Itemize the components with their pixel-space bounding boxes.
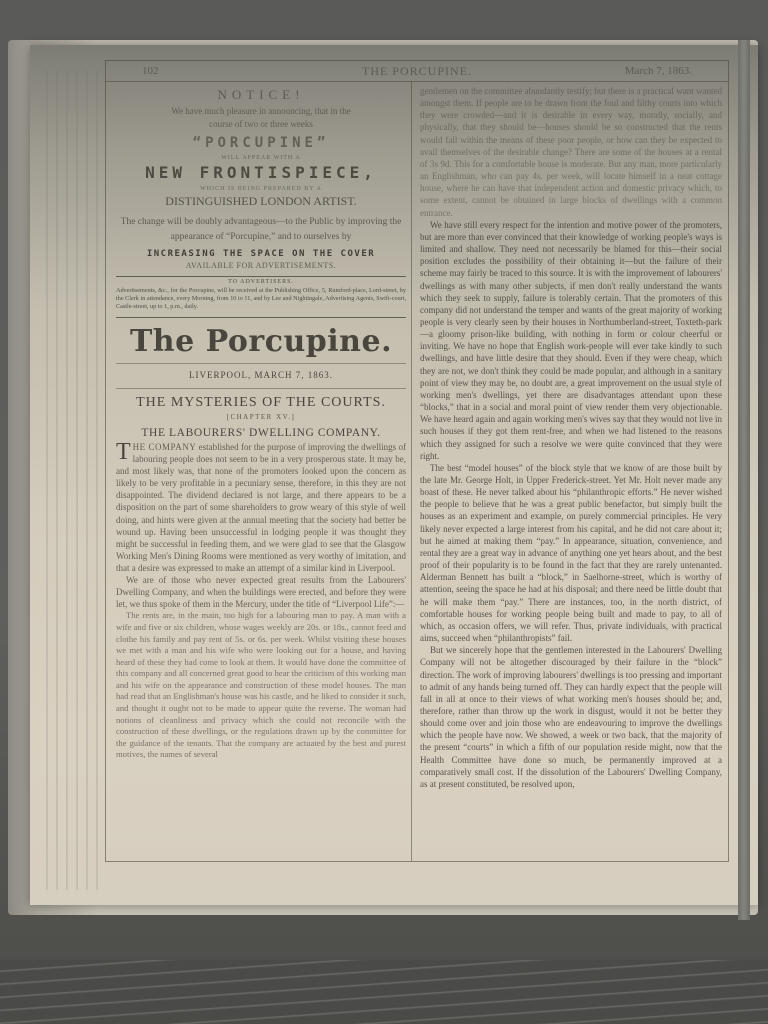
paragraph: We have still every respect for the inte… [420, 219, 722, 462]
running-date: March 7, 1863. [625, 65, 692, 77]
divider-rule [116, 317, 406, 318]
paragraph: THE COMPANY established for the purpose … [116, 441, 406, 574]
notice-available: AVAILABLE FOR ADVERTISEMENTS. [116, 261, 406, 270]
chapter-label: [CHAPTER XV.] [116, 413, 406, 421]
notice-will-appear: will appear with a [116, 155, 406, 161]
shelf-background [0, 960, 768, 1024]
notice-artist: DISTINGUISHED LONDON ARTIST. [116, 194, 406, 209]
notice-heading: NOTICE! [116, 87, 406, 103]
advertisers-heading: TO ADVERTISERS. [116, 279, 406, 285]
advertisers-box: TO ADVERTISERS. Advertisements, &c., for… [116, 279, 406, 311]
divider-rule [116, 276, 406, 277]
notice-paragraph: The change will be doubly advantageous—t… [116, 215, 406, 245]
article-body-left: THE COMPANY established for the purpose … [116, 441, 406, 761]
drop-cap: T [116, 441, 131, 463]
opening-smallcaps: HE COMPANY [133, 442, 197, 452]
paragraph: gentlemen on the committee abundantly te… [420, 85, 722, 219]
page-edges [38, 70, 98, 890]
notice-line-2: course of two or three weeks [116, 119, 406, 129]
paragraph: The best “model houses” of the block sty… [420, 462, 722, 644]
advertisers-body: Advertisements, &c., for the Porcupine, … [116, 287, 406, 311]
left-column: NOTICE! We have much pleasure in announc… [116, 85, 406, 761]
paragraph: The rents are, in the main, too high for… [116, 610, 406, 761]
paragraph: But we sincerely hope that the gentlemen… [420, 644, 722, 790]
paragraph: We are of those who never expected great… [116, 574, 406, 610]
right-column: gentlemen on the committee abundantly te… [420, 85, 722, 790]
notice-porcupine: “PORCUPINE” [116, 135, 406, 151]
series-title: THE MYSTERIES OF THE COURTS. [116, 388, 406, 411]
notice-frontispiece: NEW FRONTISPIECE, [116, 163, 406, 182]
column-divider [411, 81, 412, 861]
dateline: LIVERPOOL, MARCH 7, 1863. [116, 363, 406, 380]
book-spine [738, 40, 750, 920]
notice-box: NOTICE! We have much pleasure in announc… [116, 87, 406, 270]
masthead-title: The Porcupine. [116, 324, 406, 359]
notice-cover: INCREASING THE SPACE ON THE COVER [116, 249, 406, 259]
running-head: 102 THE PORCUPINE. March 7, 1863. [106, 61, 728, 82]
article-title: THE LABOURERS' DWELLING COMPANY. [116, 427, 406, 439]
notice-being-prepared: which is being prepared by a [116, 186, 406, 192]
page-frame: 102 THE PORCUPINE. March 7, 1863. NOTICE… [105, 60, 729, 862]
notice-line-1: We have much pleasure in announcing, tha… [116, 106, 406, 116]
